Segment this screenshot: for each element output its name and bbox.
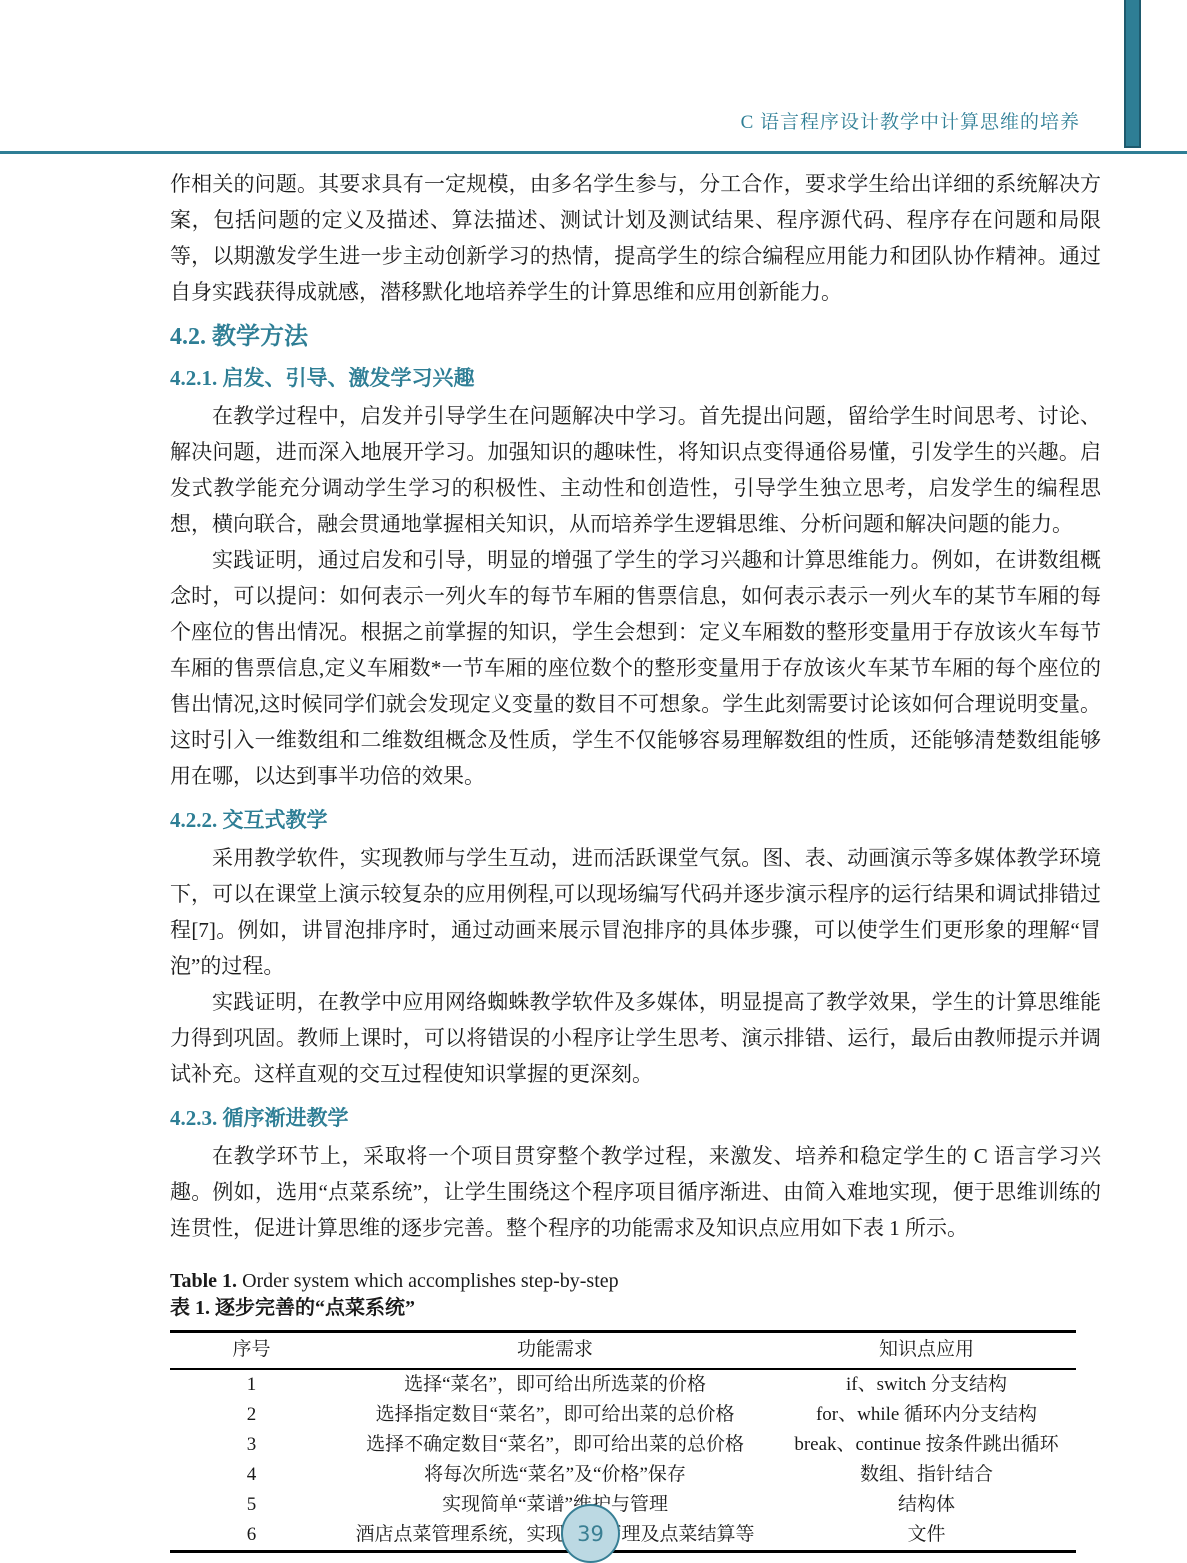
requirement-cell: 实现简单“菜谱”维护与管理	[333, 1490, 777, 1520]
table-row: 2 选择指定数目“菜名”，即可给出菜的总价格 for、while 循环内分支结构	[170, 1400, 1076, 1430]
knowledge-cell: 文件	[777, 1520, 1076, 1552]
row-number-cell: 6	[170, 1520, 333, 1552]
table-row: 4 将每次所选“菜名”及“价格”保存 数组、指针结合	[170, 1460, 1076, 1490]
header-rule	[0, 151, 1187, 154]
requirement-cell: 将每次所选“菜名”及“价格”保存	[333, 1460, 777, 1490]
knowledge-cell: if、switch 分支结构	[777, 1369, 1076, 1400]
section-heading-4-2-1: 4.2.1. 启发、引导、激发学习兴趣	[170, 364, 1101, 392]
knowledge-cell: break、continue 按条件跳出循环	[777, 1430, 1076, 1460]
table-row: 3 选择不确定数目“菜名”，即可给出菜的总价格 break、continue 按…	[170, 1430, 1076, 1460]
table-row: 6 酒店点菜管理系统，实现菜谱管理及点菜结算等 文件	[170, 1520, 1076, 1552]
table-caption-en-label: Table 1.	[170, 1270, 237, 1292]
table-row: 5 实现简单“菜谱”维护与管理 结构体	[170, 1490, 1076, 1520]
article-body: 作相关的问题。其要求具有一定规模，由多名学生参与，分工合作，要求学生给出详细的系…	[170, 166, 1101, 1553]
row-number-cell: 2	[170, 1400, 333, 1430]
knowledge-cell: for、while 循环内分支结构	[777, 1400, 1076, 1430]
section-heading-4-2-3: 4.2.3. 循序渐进教学	[170, 1104, 1101, 1132]
table-caption: Table 1. Order system which accomplishes…	[170, 1268, 1101, 1322]
column-header-no: 序号	[170, 1332, 333, 1370]
paragraph-421-2: 实践证明，通过启发和引导，明显的增强了学生的学习兴趣和计算思维能力。例如，在讲数…	[170, 542, 1101, 794]
order-system-table: 序号 功能需求 知识点应用 1 选择“菜名”，即可给出所选菜的价格 if、swi…	[170, 1330, 1076, 1553]
requirement-cell: 酒店点菜管理系统，实现菜谱管理及点菜结算等	[333, 1520, 777, 1552]
column-header-requirement: 功能需求	[333, 1332, 777, 1370]
column-header-knowledge: 知识点应用	[777, 1332, 1076, 1370]
knowledge-cell: 结构体	[777, 1490, 1076, 1520]
header-accent-bar	[1124, 0, 1141, 148]
row-number-cell: 4	[170, 1460, 333, 1490]
running-title: C 语言程序设计教学中计算思维的培养	[741, 107, 1080, 134]
table-caption-zh-text: 逐步完善的“点菜系统”	[210, 1297, 415, 1319]
table-row: 1 选择“菜名”，即可给出所选菜的价格 if、switch 分支结构	[170, 1369, 1076, 1400]
paragraph-continuation: 作相关的问题。其要求具有一定规模，由多名学生参与，分工合作，要求学生给出详细的系…	[170, 166, 1101, 310]
requirement-cell: 选择“菜名”，即可给出所选菜的价格	[333, 1369, 777, 1400]
requirement-cell: 选择指定数目“菜名”，即可给出菜的总价格	[333, 1400, 777, 1430]
row-number-cell: 5	[170, 1490, 333, 1520]
section-heading-4-2: 4.2. 教学方法	[170, 322, 1101, 352]
section-heading-4-2-2: 4.2.2. 交互式教学	[170, 806, 1101, 834]
row-number-cell: 3	[170, 1430, 333, 1460]
table-caption-en-text: Order system which accomplishes step-by-…	[237, 1270, 619, 1292]
table-header-row: 序号 功能需求 知识点应用	[170, 1332, 1076, 1370]
paragraph-422-1: 采用教学软件，实现教师与学生互动，进而活跃课堂气氛。图、表、动画演示等多媒体教学…	[170, 840, 1101, 984]
paragraph-421-1: 在教学过程中，启发并引导学生在问题解决中学习。首先提出问题，留给学生时间思考、讨…	[170, 398, 1101, 542]
knowledge-cell: 数组、指针结合	[777, 1460, 1076, 1490]
paragraph-423-1: 在教学环节上，采取将一个项目贯穿整个教学过程，来激发、培养和稳定学生的 C 语言…	[170, 1138, 1101, 1246]
page-number-badge: 39	[561, 1504, 620, 1563]
table-caption-zh: 表 1. 逐步完善的“点菜系统”	[170, 1295, 1101, 1322]
table-caption-en: Table 1. Order system which accomplishes…	[170, 1268, 1101, 1295]
requirement-cell: 选择不确定数目“菜名”，即可给出菜的总价格	[333, 1430, 777, 1460]
page-number: 39	[577, 1522, 604, 1546]
document-page: C 语言程序设计教学中计算思维的培养 作相关的问题。其要求具有一定规模，由多名学…	[0, 0, 1187, 1563]
paragraph-422-2: 实践证明，在教学中应用网络蜘蛛教学软件及多媒体，明显提高了教学效果，学生的计算思…	[170, 984, 1101, 1092]
table-caption-zh-label: 表 1.	[170, 1297, 210, 1319]
row-number-cell: 1	[170, 1369, 333, 1400]
